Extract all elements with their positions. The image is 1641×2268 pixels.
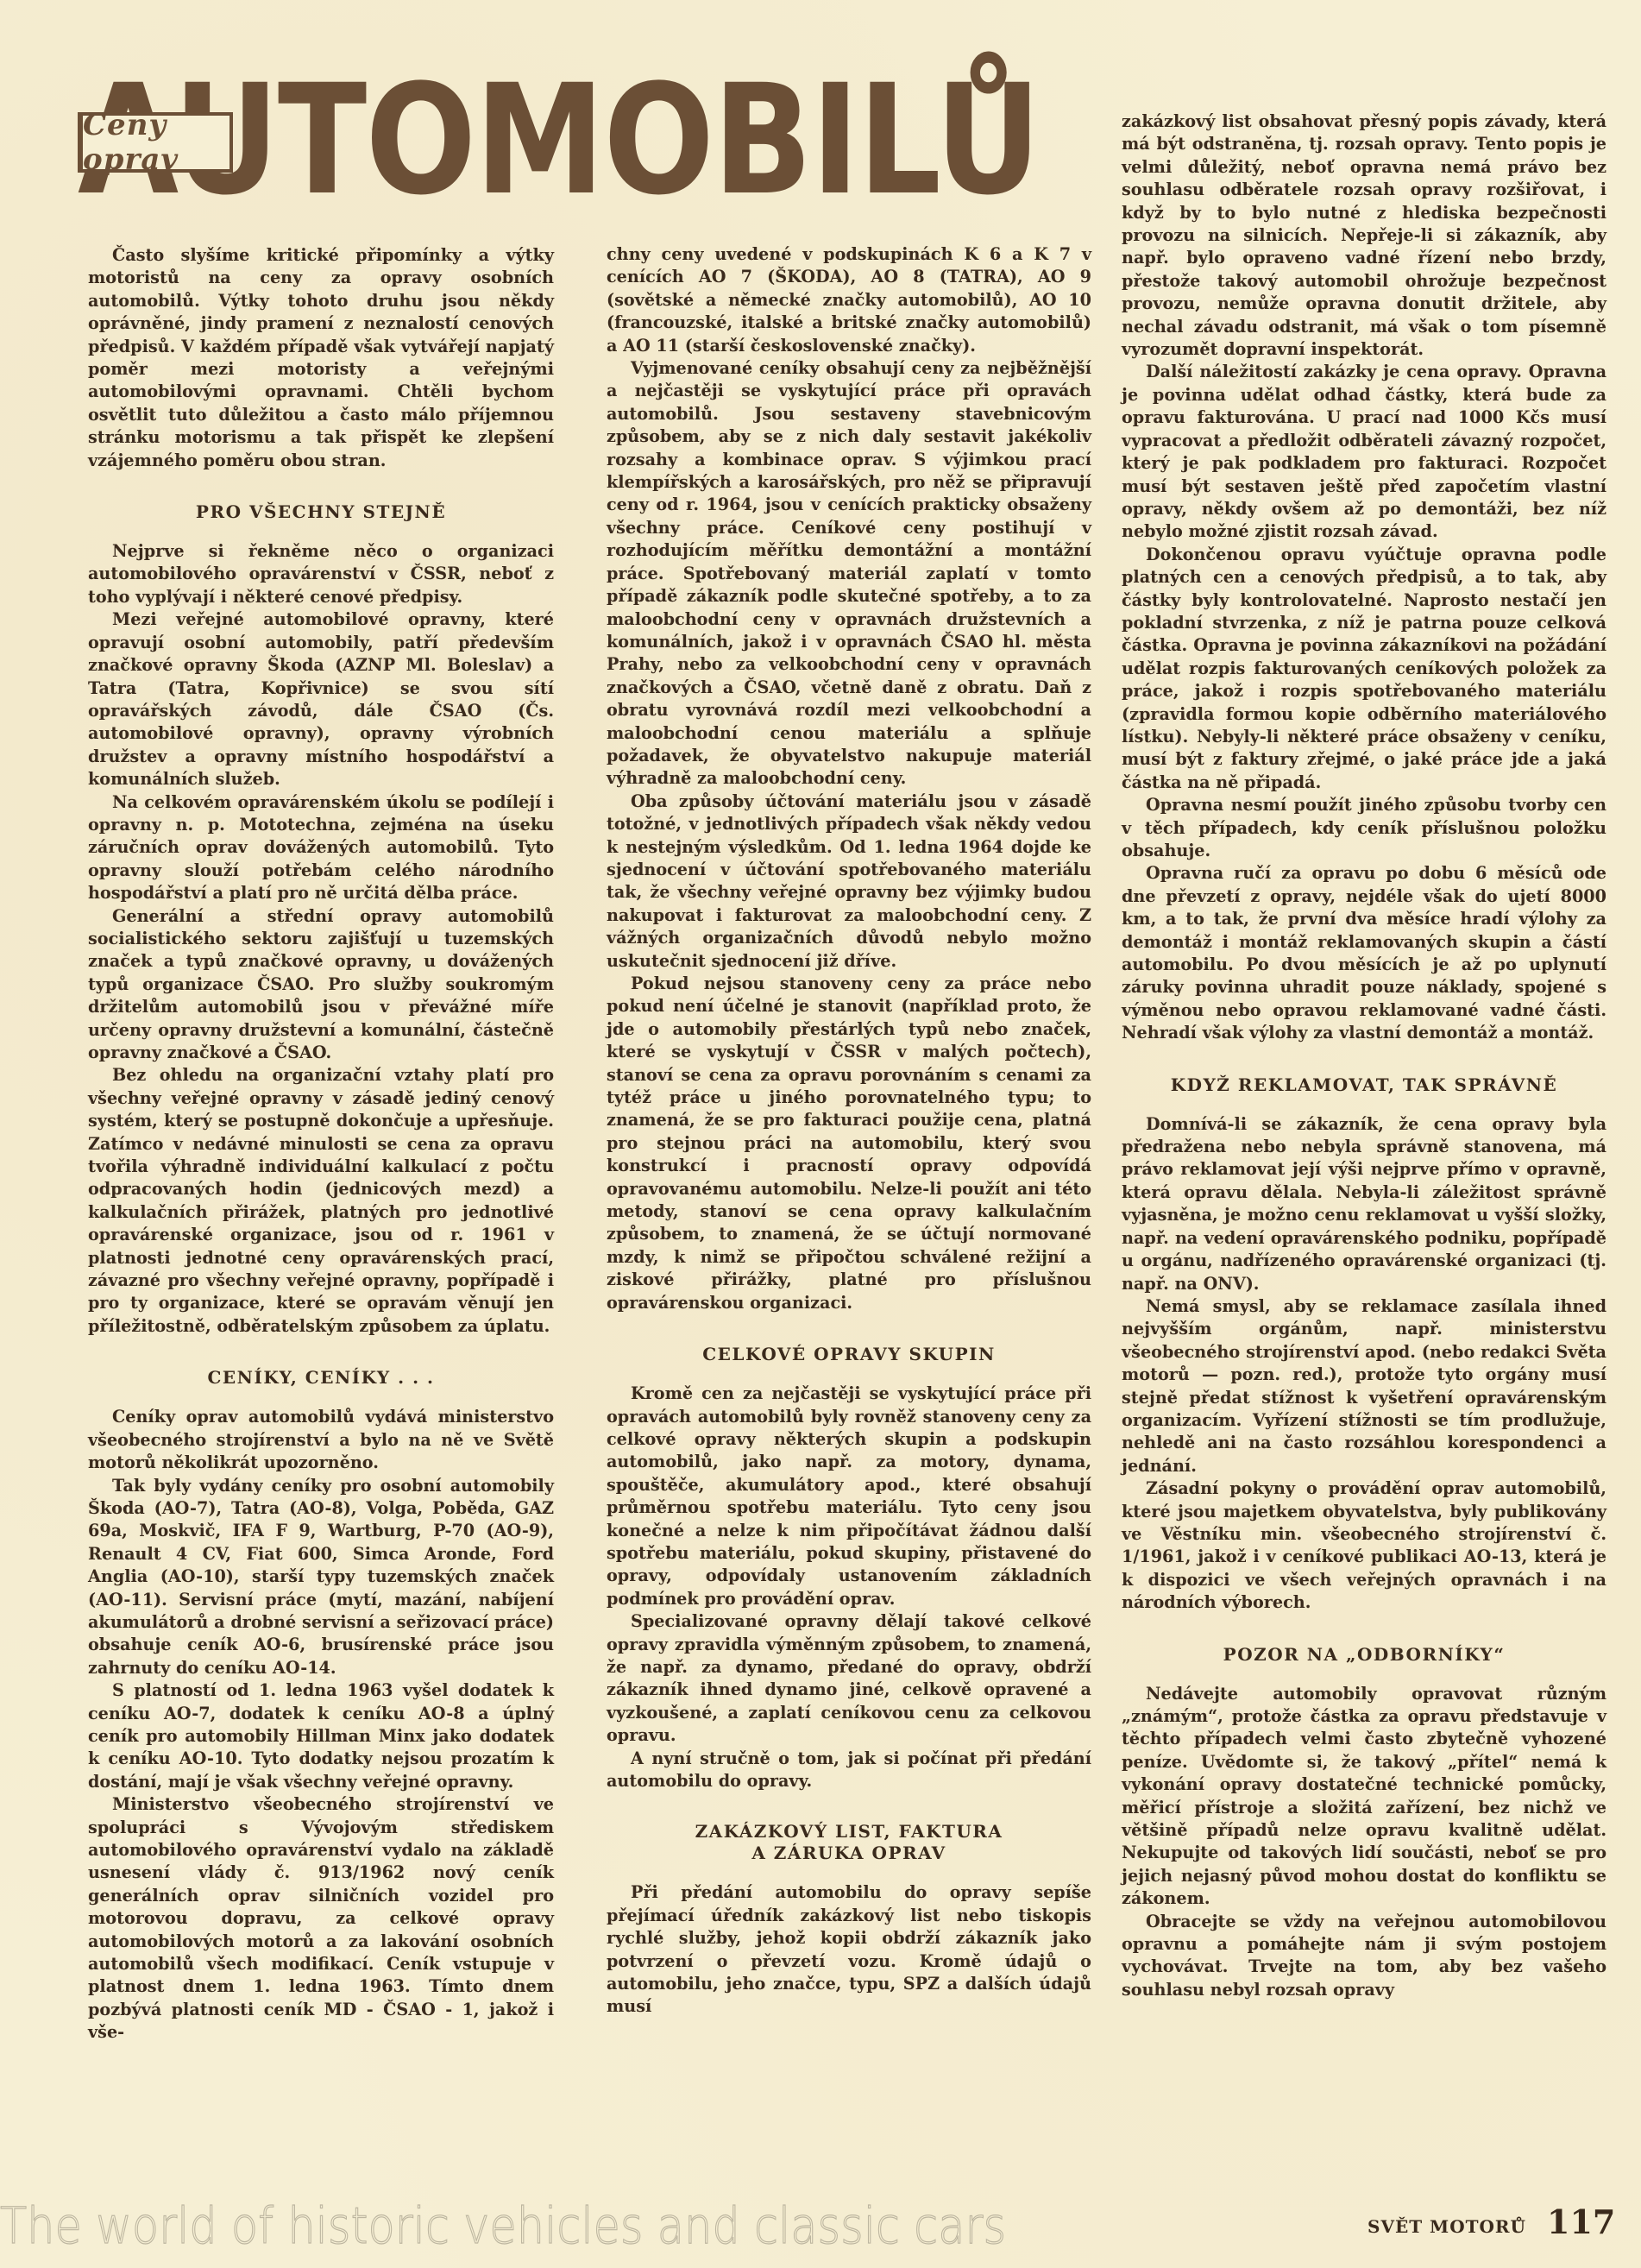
paragraph: zakázkový list obsahovat přesný popis zá… <box>1122 110 1606 361</box>
paragraph: S platností od 1. ledna 1963 vyšel dodat… <box>88 1679 554 1793</box>
section-heading: POZOR NA „ODBORNÍKY“ <box>1122 1643 1606 1666</box>
article-title: AUTOMOBILŮ Ceny oprav <box>35 67 1096 214</box>
paragraph: Tak byly vydány ceníky pro osobní automo… <box>88 1475 554 1680</box>
paragraph: Ministerstvo všeobecného strojírenství v… <box>88 1793 554 2044</box>
paragraph: Mezi veřejné automobilové opravny, které… <box>88 608 554 791</box>
section-heading: ZAKÁZKOVÝ LIST, FAKTURA A ZÁRUKA OPRAV <box>607 1821 1091 1864</box>
section-heading: CENÍKY, CENÍKY . . . <box>88 1366 554 1389</box>
paragraph: Opravna nesmí použít jiného způsobu tvor… <box>1122 794 1606 862</box>
paragraph: Dokončenou opravu vyúčtuje opravna podle… <box>1122 544 1606 794</box>
paragraph: Generální a střední opravy automobilů so… <box>88 905 554 1065</box>
paragraph: Kromě cen za nejčastěji se vyskytující p… <box>607 1383 1091 1610</box>
paragraph: Při předání automobilu do opravy sepíše … <box>607 1881 1091 2018</box>
title-script-box: Ceny oprav <box>78 112 233 173</box>
intro-paragraph: Často slyšíme kritické připomínky a výtk… <box>88 244 554 472</box>
paragraph: Pokud nejsou stanoveny ceny za práce neb… <box>607 973 1091 1314</box>
paragraph: Nedávejte automobily opravovat různým „z… <box>1122 1683 1606 1911</box>
paragraph: Nemá smysl, aby se reklamace zasílala ih… <box>1122 1295 1606 1477</box>
paragraph: chny ceny uvedené v podskupinách K 6 a K… <box>607 243 1091 357</box>
paragraph: Oba způsoby účtování materiálu jsou v zá… <box>607 791 1091 973</box>
paragraph: Domnívá-li se zákazník, že cena opravy b… <box>1122 1113 1606 1295</box>
page-number: 117 <box>1547 2202 1615 2241</box>
section-heading: PRO VŠECHNY STEJNĚ <box>88 501 554 523</box>
section-heading: CELKOVÉ OPRAVY SKUPIN <box>607 1343 1091 1365</box>
paragraph: Zásadní pokyny o provádění oprav automob… <box>1122 1477 1606 1614</box>
magazine-name: SVĚT MOTORŮ <box>1367 2216 1526 2237</box>
paragraph: Na celkovém opravárenském úkolu se podíl… <box>88 791 554 905</box>
paragraph: Vyjmenované ceníky obsahují ceny za nejb… <box>607 357 1091 791</box>
column-3: zakázkový list obsahovat přesný popis zá… <box>1122 110 1606 2001</box>
paragraph: Obracejte se vždy na veřejnou automobilo… <box>1122 1911 1606 2002</box>
paragraph: Bez ohledu na organizační vztahy platí p… <box>88 1064 554 1338</box>
column-2: chny ceny uvedené v podskupinách K 6 a K… <box>607 243 1091 2019</box>
title-script: Ceny oprav <box>83 108 229 177</box>
paragraph: A nyní stručně o tom, jak si počínat při… <box>607 1748 1091 1793</box>
paragraph: Specializované opravny dělají takové cel… <box>607 1610 1091 1747</box>
heading-line: A ZÁRUKA OPRAV <box>751 1843 946 1863</box>
watermark-text: The world of historic vehicles and class… <box>0 2196 1006 2255</box>
paragraph: Ceníky oprav automobilů vydává ministers… <box>88 1406 554 1474</box>
column-1: Často slyšíme kritické připomínky a výtk… <box>88 244 554 2044</box>
paragraph: Opravna ručí za opravu po dobu 6 měsíců … <box>1122 862 1606 1044</box>
heading-line: ZAKÁZKOVÝ LIST, FAKTURA <box>695 1821 1003 1842</box>
paragraph: Další náležitostí zakázky je cena opravy… <box>1122 361 1606 543</box>
section-heading: KDYŽ REKLAMOVAT, TAK SPRÁVNĚ <box>1122 1074 1606 1096</box>
paragraph: Nejprve si řekněme něco o organizaci aut… <box>88 540 554 608</box>
